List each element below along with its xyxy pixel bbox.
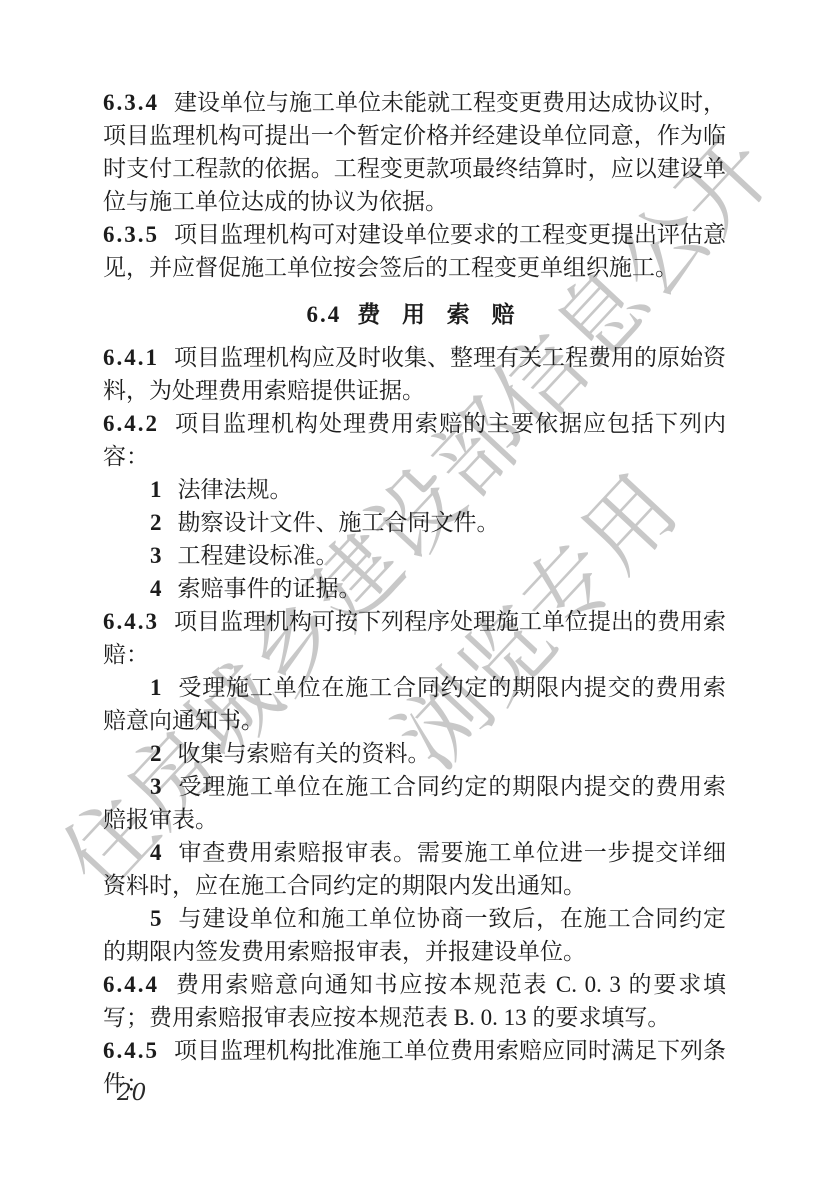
clause-6-3-5: 6.3.5项目监理机构可对建设单位要求的工程变更提出评估意见，并应督促施工单位按… [103, 218, 726, 284]
list-item: 5与建设单位和施工单位协商一致后，在施工合同约定的期限内签发费用索赔报审表，并报… [103, 902, 726, 968]
item-number: 5 [150, 906, 162, 931]
item-text: 工程建设标准。 [178, 543, 339, 568]
page-content: 6.3.4建设单位与施工单位未能就工程变更费用达成协议时，项目监理机构可提出一个… [103, 86, 726, 1100]
clause-number: 6.3.5 [103, 222, 159, 247]
clause-number: 6.4.1 [103, 345, 159, 370]
clause-6-4-1: 6.4.1项目监理机构应及时收集、整理有关工程费用的原始资料，为处理费用索赔提供… [103, 341, 726, 407]
list-item: 1法律法规。 [103, 473, 726, 506]
item-number: 3 [150, 543, 162, 568]
clause-6-4-4: 6.4.4费用索赔意向通知书应按本规范表 C. 0. 3 的要求填写；费用索赔报… [103, 968, 726, 1034]
clause-number: 6.4.5 [103, 1038, 159, 1063]
clause-6-4-3: 6.4.3项目监理机构可按下列程序处理施工单位提出的费用索赔： [103, 605, 726, 671]
item-text: 收集与索赔有关的资料。 [178, 741, 431, 766]
clause-text: 项目监理机构应及时收集、整理有关工程费用的原始资料，为处理费用索赔提供证据。 [103, 345, 726, 403]
item-number: 2 [150, 510, 162, 535]
document-page: 住房城乡建设部信息公开 浏览专用 6.3.4建设单位与施工单位未能就工程变更费用… [0, 0, 828, 1198]
item-text: 受理施工单位在施工合同约定的期限内提交的费用索赔报审表。 [103, 774, 726, 832]
clause-number: 6.4.2 [103, 411, 159, 436]
list-item: 2勘察设计文件、施工合同文件。 [103, 506, 726, 539]
clause-6-4-5: 6.4.5项目监理机构批准施工单位费用索赔应同时满足下列条件： [103, 1034, 726, 1100]
item-number: 1 [150, 675, 162, 700]
item-text: 受理施工单位在施工合同约定的期限内提交的费用索赔意向通知书。 [103, 675, 726, 733]
item-text: 与建设单位和施工单位协商一致后，在施工合同约定的期限内签发费用索赔报审表，并报建… [103, 906, 726, 964]
clause-text: 建设单位与施工单位未能就工程变更费用达成协议时，项目监理机构可提出一个暂定价格并… [103, 90, 726, 214]
clause-text: 项目监理机构处理费用索赔的主要依据应包括下列内容： [103, 411, 726, 469]
page-number: 20 [117, 1080, 146, 1106]
clause-text: 项目监理机构可按下列程序处理施工单位提出的费用索赔： [103, 609, 726, 667]
list-item: 1受理施工单位在施工合同约定的期限内提交的费用索赔意向通知书。 [103, 671, 726, 737]
item-number: 4 [150, 576, 162, 601]
clause-text: 项目监理机构批准施工单位费用索赔应同时满足下列条件： [103, 1038, 726, 1096]
heading-number: 6.4 [307, 302, 342, 327]
list-item: 3受理施工单位在施工合同约定的期限内提交的费用索赔报审表。 [103, 770, 726, 836]
heading-text: 费 用 索 赔 [357, 302, 522, 327]
clause-text: 费用索赔意向通知书应按本规范表 C. 0. 3 的要求填写；费用索赔报审表应按本… [103, 972, 726, 1030]
item-number: 1 [150, 477, 162, 502]
clause-number: 6.4.3 [103, 609, 159, 634]
item-text: 审查费用索赔报审表。需要施工单位进一步提交详细资料时，应在施工合同约定的期限内发… [103, 840, 726, 898]
item-text: 勘察设计文件、施工合同文件。 [178, 510, 500, 535]
clause-number: 6.3.4 [103, 90, 159, 115]
clause-6-3-4: 6.3.4建设单位与施工单位未能就工程变更费用达成协议时，项目监理机构可提出一个… [103, 86, 726, 218]
item-number: 3 [150, 774, 162, 799]
clause-text: 项目监理机构可对建设单位要求的工程变更提出评估意见，并应督促施工单位按会签后的工… [103, 222, 726, 280]
clause-number: 6.4.4 [103, 972, 159, 997]
item-text: 索赔事件的证据。 [178, 576, 362, 601]
item-number: 4 [150, 840, 162, 865]
list-item: 2收集与索赔有关的资料。 [103, 737, 726, 770]
list-item: 4索赔事件的证据。 [103, 572, 726, 605]
item-number: 2 [150, 741, 162, 766]
list-item: 3工程建设标准。 [103, 539, 726, 572]
item-text: 法律法规。 [178, 477, 293, 502]
section-heading-6-4: 6.4费 用 索 赔 [103, 298, 726, 331]
clause-6-4-2: 6.4.2项目监理机构处理费用索赔的主要依据应包括下列内容： [103, 407, 726, 473]
list-item: 4审查费用索赔报审表。需要施工单位进一步提交详细资料时，应在施工合同约定的期限内… [103, 836, 726, 902]
